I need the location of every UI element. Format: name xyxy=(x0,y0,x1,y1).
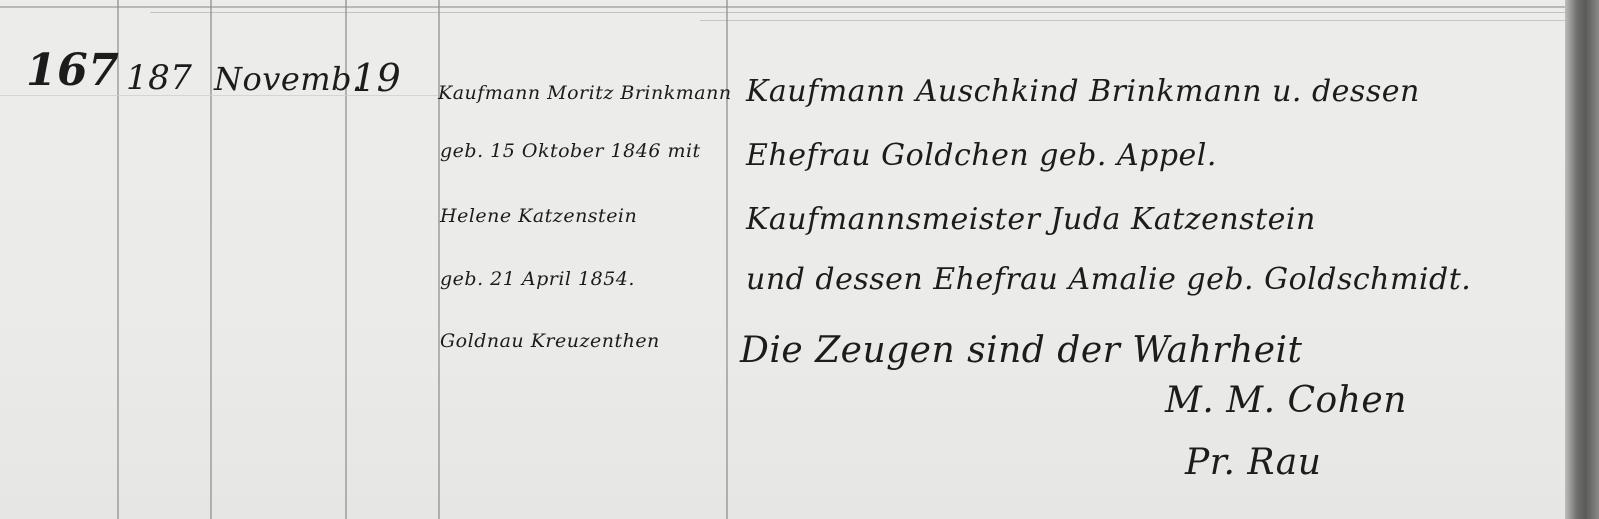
entry-number: 167 xyxy=(26,45,119,96)
couple-line-1: Kaufmann Moritz Brinkmann xyxy=(438,82,732,104)
parents-line-2: Ehefrau Goldchen geb. Appel. xyxy=(746,138,1217,173)
couple-line-2: geb. 15 Oktober 1846 mit xyxy=(440,140,701,162)
signature-1: M. M. Cohen xyxy=(1165,380,1407,421)
header-rule-tertiary xyxy=(700,20,1565,21)
column-divider-4 xyxy=(438,0,440,519)
column-divider-5 xyxy=(726,0,728,519)
signature-2: Pr. Rau xyxy=(1185,442,1321,483)
couple-line-4: geb. 21 April 1854. xyxy=(440,268,635,290)
entry-day: 19 xyxy=(352,56,401,100)
entry-page-number: 187 xyxy=(126,58,192,98)
register-page: 167 187 Novemb. 19 Kaufmann Moritz Brink… xyxy=(0,0,1599,519)
book-binding xyxy=(1565,0,1599,519)
parents-line-1: Kaufmann Auschkind Brinkmann u. dessen xyxy=(746,74,1420,109)
header-rule xyxy=(0,6,1565,8)
parents-line-4: und dessen Ehefrau Amalie geb. Goldschmi… xyxy=(746,262,1471,297)
entry-month: Novemb. xyxy=(214,60,363,98)
column-divider-2 xyxy=(210,0,212,519)
parents-line-3: Kaufmannsmeister Juda Katzenstein xyxy=(746,202,1316,237)
header-rule-secondary xyxy=(150,12,1565,13)
couple-line-5: Goldnau Kreuzenthen xyxy=(440,330,660,352)
couple-line-3: Helene Katzenstein xyxy=(440,205,637,227)
witness-remark: Die Zeugen sind der Wahrheit xyxy=(740,330,1302,371)
